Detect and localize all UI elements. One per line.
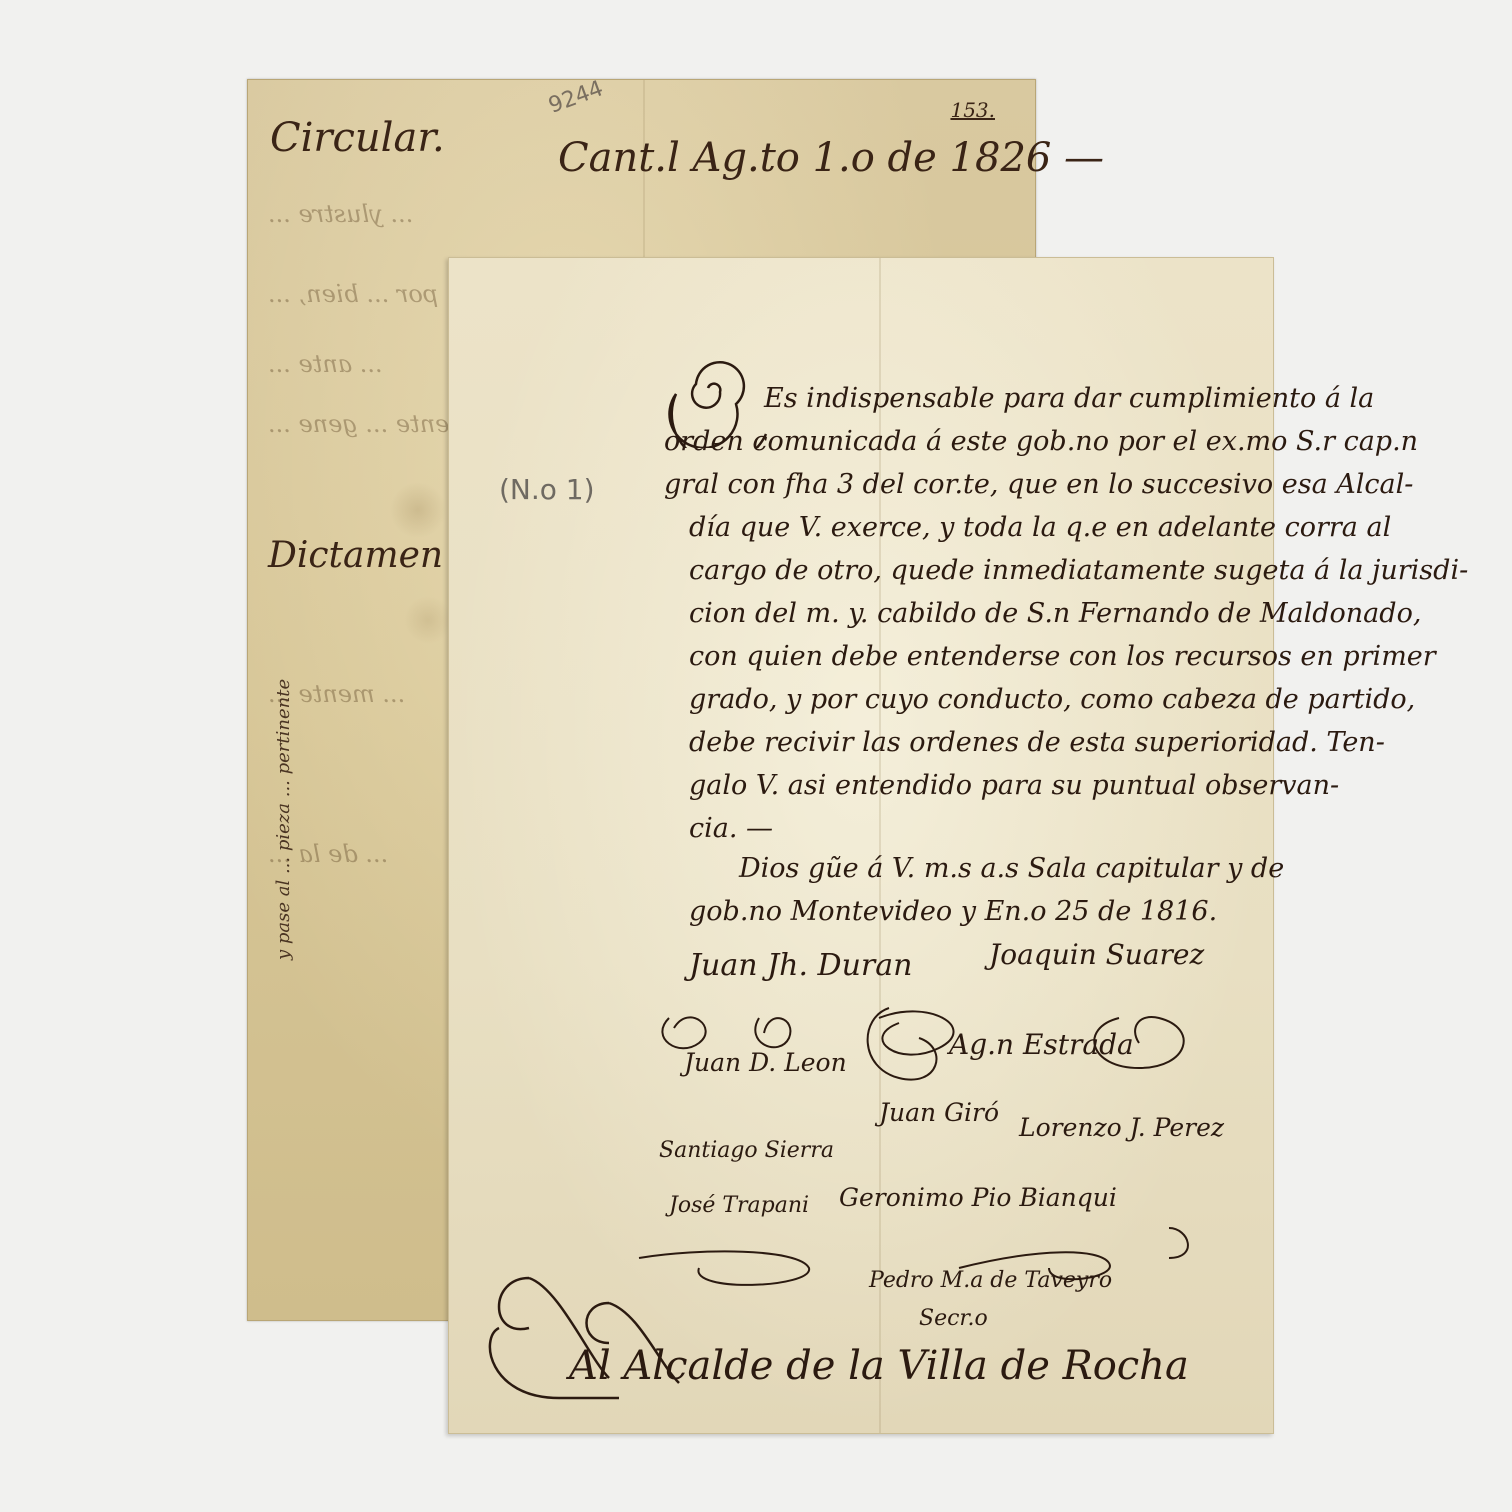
body-line: día que V. exerce, y toda la q.e en adel…	[689, 512, 1391, 543]
bleed-through-line: ... ante ...	[268, 350, 383, 378]
margin-note: y pase al ... pieza ... pertinente	[273, 679, 294, 960]
signature: Ag.n Estrada	[949, 1028, 1134, 1061]
body-line: cargo de otro, quede inmediatamente suge…	[689, 555, 1468, 586]
addressee-line: Al Alcalde de la Villa de Rocha	[569, 1343, 1189, 1389]
signature: Lorenzo J. Perez	[1019, 1113, 1224, 1142]
body-line: grado, y por cuyo conducto, como cabeza …	[689, 684, 1415, 715]
front-document-sheet: (N.o 1) Es indispensable para dar cumpli…	[448, 257, 1274, 1434]
signature: Joaquin Suarez	[989, 938, 1204, 971]
body-line: Es indispensable para dar cumplimiento á…	[764, 383, 1374, 414]
page-number: 153.	[950, 98, 995, 122]
body-line: debe recivir las ordenes de esta superio…	[689, 727, 1385, 758]
body-line: cia. —	[689, 813, 773, 844]
back-header-circular: Circular.	[270, 115, 445, 161]
signature: Santiago Sierra	[659, 1138, 834, 1163]
body-line: cion del m. y. cabildo de S.n Fernando d…	[689, 598, 1421, 629]
closing-line: gob.no Montevideo y En.o 25 de 1816.	[689, 896, 1217, 927]
bleed-through-line: ... ylustre ...	[268, 200, 413, 228]
closing-line: Dios gũe á V. m.s a.s Sala capitular y d…	[739, 853, 1284, 884]
signature: Juan D. Leon	[684, 1048, 847, 1077]
body-line: galo V. asi entendido para su puntual ob…	[689, 770, 1339, 801]
archive-reference: 9244	[545, 76, 606, 119]
file-mark: (N.o 1)	[499, 473, 595, 506]
back-side-heading: Dictamen	[268, 535, 443, 576]
signature: Geronimo Pio Bianqui	[839, 1183, 1117, 1212]
signature: José Trapani	[669, 1193, 809, 1218]
bleed-through-line: ... por ... bien, ...	[268, 280, 469, 308]
signature: Pedro M.a de Taveyro	[869, 1268, 1112, 1293]
body-line: gral con fha 3 del cor.te, que en lo suc…	[664, 469, 1413, 500]
secretary-title: Secr.o	[919, 1306, 988, 1331]
body-line: orden comunicada á este gob.no por el ex…	[664, 426, 1418, 457]
signature: Juan Giró	[879, 1098, 999, 1127]
back-header-date: Cant.l Ag.to 1.o de 1826 —	[558, 135, 1104, 181]
body-line: con quien debe entenderse con los recurs…	[689, 641, 1436, 672]
